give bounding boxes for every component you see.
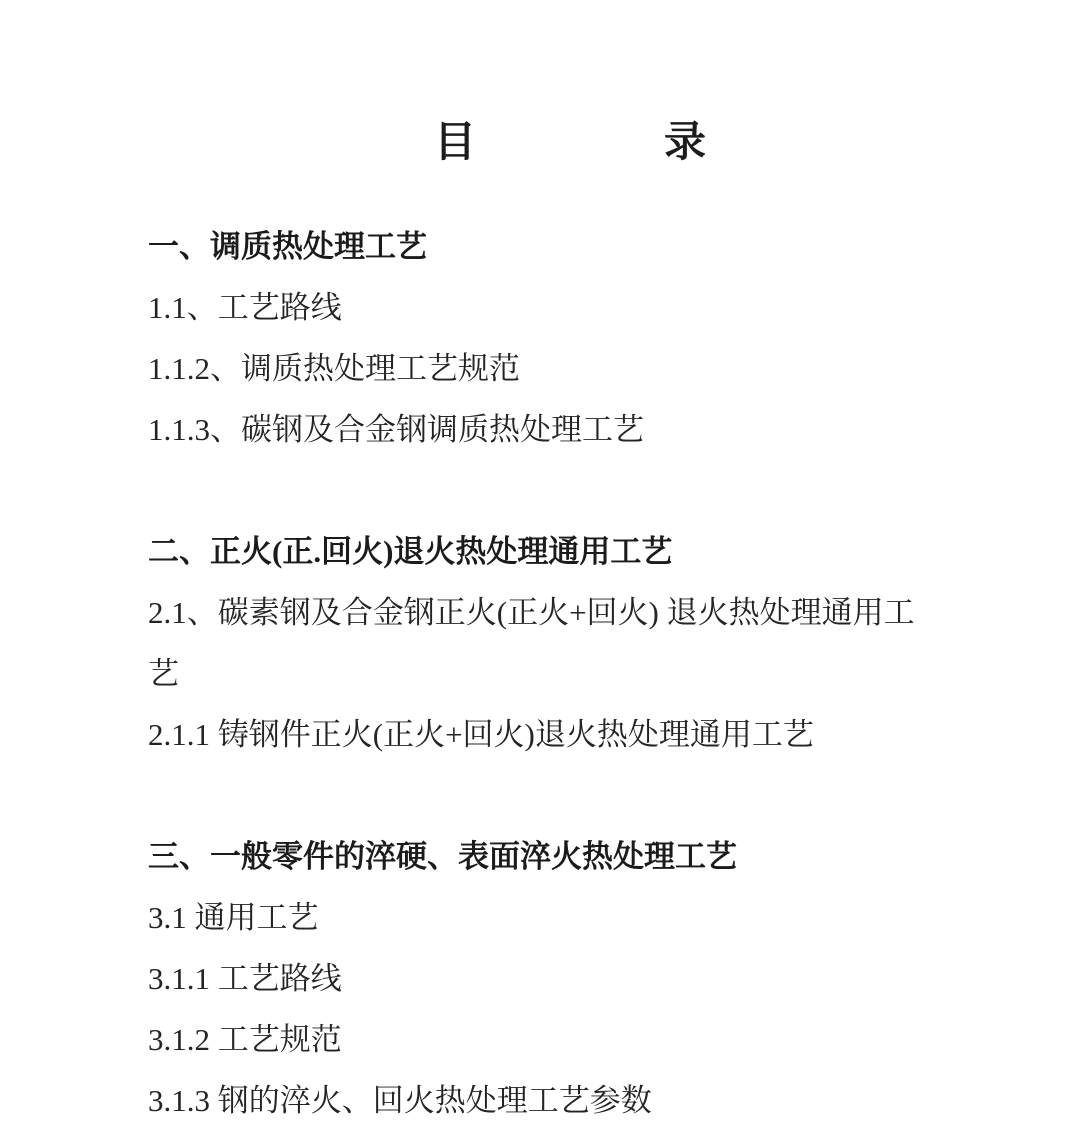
toc-group-2: 二、正火(正.回火)退火热处理通用工艺 2.1、碳素钢及合金钢正火(正火+回火)… <box>148 521 938 765</box>
toc-entry: 3.1.3 钢的淬火、回火热处理工艺参数 <box>148 1070 938 1131</box>
toc-entry: 3.1.1 工艺路线 <box>148 948 938 1009</box>
toc-entry: 1.1、工艺路线 <box>148 277 938 338</box>
document-page: 目 录 一、调质热处理工艺 1.1、工艺路线 1.1.2、调质热处理工艺规范 1… <box>0 0 1080 1148</box>
toc-entry: 3.1 通用工艺 <box>148 887 938 948</box>
toc-section-heading: 一、调质热处理工艺 <box>148 216 938 277</box>
toc-entry: 3.1.2 工艺规范 <box>148 1009 938 1070</box>
toc-group-3: 三、一般零件的淬硬、表面淬火热处理工艺 3.1 通用工艺 3.1.1 工艺路线 … <box>148 826 938 1131</box>
toc-section-heading: 三、一般零件的淬硬、表面淬火热处理工艺 <box>148 826 938 887</box>
toc-entry: 1.1.3、碳钢及合金钢调质热处理工艺 <box>148 399 938 460</box>
page-title: 目 录 <box>148 118 992 168</box>
title-char-right: 录 <box>664 118 706 168</box>
toc-entry: 2.1、碳素钢及合金钢正火(正火+回火) 退火热处理通用工艺 <box>148 582 938 704</box>
toc-group-1: 一、调质热处理工艺 1.1、工艺路线 1.1.2、调质热处理工艺规范 1.1.3… <box>148 216 938 460</box>
title-char-left: 目 <box>434 118 476 168</box>
table-of-contents: 一、调质热处理工艺 1.1、工艺路线 1.1.2、调质热处理工艺规范 1.1.3… <box>148 216 938 1131</box>
toc-section-heading: 二、正火(正.回火)退火热处理通用工艺 <box>148 521 938 582</box>
toc-entry: 1.1.2、调质热处理工艺规范 <box>148 338 938 399</box>
toc-entry: 2.1.1 铸钢件正火(正火+回火)退火热处理通用工艺 <box>148 704 938 765</box>
